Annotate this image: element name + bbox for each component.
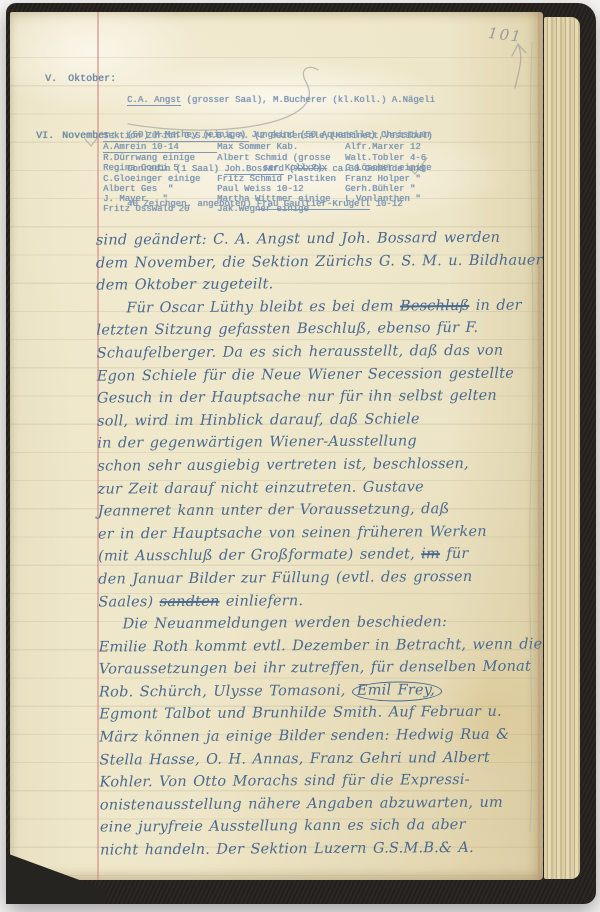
table-cell: Fritz Osswald 20 — [103, 204, 217, 214]
table-cell: Regina Conti 5 — [103, 163, 217, 173]
table-cell: G.Löscher einige — [345, 163, 535, 173]
handwriting-line: Saales) sandten einliefern. — [98, 588, 543, 614]
table-cell: Fritz Schmid Plastiken — [217, 174, 345, 184]
table-cell: J. Mayer " — [103, 194, 217, 204]
table-cell: ser Koll.?) — [217, 163, 345, 173]
table-cell: A.Amrein 10-14 — [103, 142, 217, 153]
handwriting-segment: einliefern. — [219, 593, 303, 610]
table-cell: Alfr.Marxer 12 — [345, 142, 535, 153]
struck-word: im — [421, 546, 440, 562]
typed-line: C.A. Angst (grosser Saal), M.Bucherer (k… — [127, 95, 435, 107]
handwriting-line: in der gegenwärtigen Wiener-Ausstellung — [97, 430, 543, 456]
table-cell: Walt.Tobler 4-6 — [345, 153, 535, 163]
table-cell: Jak.Wegner einige — [217, 204, 345, 214]
handwriting-line: (mit Ausschluß der Großformate) sendet, … — [98, 543, 543, 569]
handwriting-line: Egon Schiele für die Neue Wiener Secessi… — [97, 362, 543, 388]
table-cell: Albert Ges " — [103, 184, 217, 194]
struck-word: Beschluß — [400, 298, 470, 314]
handwriting-line: Egmont Talbot und Brunhilde Smith. Auf F… — [99, 701, 543, 727]
november-artist-table: A.Amrein 10-14Max Sommer Kab.Alfr.Marxer… — [103, 142, 535, 214]
entry-index-october: V. — [45, 74, 57, 85]
ledger-page: 101 V. Oktober: C.A. Angst (grosser Saal… — [10, 12, 543, 880]
handwriting-line: Emilie Roth kommt evtl. Dezember in Betr… — [99, 633, 543, 659]
handwriting-line: schon sehr ausgiebig vertreten ist, besc… — [97, 452, 543, 478]
table-cell: Max Sommer Kab. — [217, 142, 345, 153]
handwriting-line: Stella Hasse, O. H. Annas, Franz Gehri u… — [99, 746, 543, 772]
handwriting-segment: in der — [469, 297, 522, 313]
handwriting-line: Voraussetzungen bei ihr zutreffen, für d… — [99, 656, 543, 682]
book-binding: 101 V. Oktober: C.A. Angst (grosser Saal… — [6, 3, 596, 904]
table-cell: L.Vonlanthen " — [345, 194, 535, 204]
handwriting-line: letzten Sitzung gefassten Beschluß, eben… — [96, 317, 543, 343]
table-cell: C.Gloeinger einige — [103, 174, 217, 184]
handwriting-segment: Rob. Schürch, Ulysse Tomasoni, — [99, 683, 352, 701]
typed-text: (grosser Saal), M.Bucherer (kl.Koll.) A.… — [181, 95, 435, 105]
handwriting-line: Für Oscar Lüthy bleibt es bei dem Beschl… — [96, 294, 543, 320]
handwriting-line: soll, wird im Hinblick darauf, daß Schie… — [97, 407, 543, 433]
entry-month-october: Oktober: — [68, 74, 116, 85]
handwriting-line: dem Oktober zugeteilt. — [96, 272, 543, 298]
underlined-name: C.A. Angst — [127, 95, 181, 106]
handwriting-line: Rob. Schürch, Ulysse Tomasoni, Emil Frey… — [99, 678, 543, 704]
handwriting-line: Schaufelberger. Da es sich herausstellt,… — [97, 339, 543, 365]
table-cell: Albert Schmid (grosse — [217, 153, 345, 163]
handwriting-segment: für — [440, 546, 469, 562]
handwriting-line: onistenausstellung nähere Angaben abzuwa… — [100, 791, 543, 817]
handwriting-line: Die Neuanmeldungen werden beschieden: — [98, 611, 543, 637]
handwriting-line: zur Zeit darauf nicht einzutreten. Gusta… — [98, 475, 543, 501]
handwriting-line: Jeanneret kann unter der Voraussetzung, … — [98, 498, 543, 524]
page-number: 101 — [487, 24, 524, 46]
scanned-ledger-photo: 101 V. Oktober: C.A. Angst (grosser Saal… — [0, 0, 600, 912]
table-cell: Paul Weiss 10-12 — [217, 184, 345, 194]
handwriting-line: dem November, die Sektion Zürichs G. S. … — [96, 249, 543, 275]
table-cell: Franz Holper " — [345, 174, 535, 184]
handwriting-line: Kohler. Von Otto Morachs sind für die Ex… — [100, 769, 543, 795]
table-cell: Gerh.Bühler " — [345, 184, 535, 194]
handwriting-segment: (mit Ausschluß der Großformate) sendet, — [98, 547, 421, 565]
entry-index-november: VI. — [36, 131, 54, 142]
handwriting-segment: Saales) — [98, 594, 159, 610]
struck-word: sandten — [160, 593, 220, 609]
table-cell — [345, 204, 535, 214]
circled-name: Emil Frey, — [352, 681, 442, 702]
typed-text: (2 Seitensäle,(Kabinett,Vestibul) — [249, 131, 433, 141]
handwriting-line: März können ja einige Bilder senden: Hed… — [99, 723, 543, 749]
handwriting-line: eine juryfreie Ausstellung kann es sich … — [100, 814, 543, 840]
handwriting-block: sind geändert: C. A. Angst und Joh. Boss… — [96, 226, 543, 862]
handwriting-line: nicht handeln. Der Sektion Luzern G.S.M.… — [100, 836, 543, 862]
handwriting-line: er in der Hauptsache von seinen früheren… — [98, 520, 543, 546]
table-cell: R.Dürrwang einige — [103, 153, 217, 163]
handwriting-segment: Für Oscar Lüthy bleibt es bei dem — [126, 298, 400, 316]
table-cell: Martha Wittmer einige — [217, 194, 345, 204]
underlined-name: Sektion Zürich G.S.M.B.& A. — [103, 131, 249, 142]
entry-header-november: Sektion Zürich G.S.M.B.& A. (2 Seitensäl… — [103, 131, 432, 141]
handwriting-line: den Januar Bilder zur Füllung (evtl. des… — [98, 565, 543, 591]
handwriting-line: sind geändert: C. A. Angst und Joh. Boss… — [96, 226, 543, 252]
handwriting-line: Gesuch in der Hauptsache nur für ihn sel… — [97, 385, 543, 411]
page-stack-edges — [544, 17, 580, 879]
